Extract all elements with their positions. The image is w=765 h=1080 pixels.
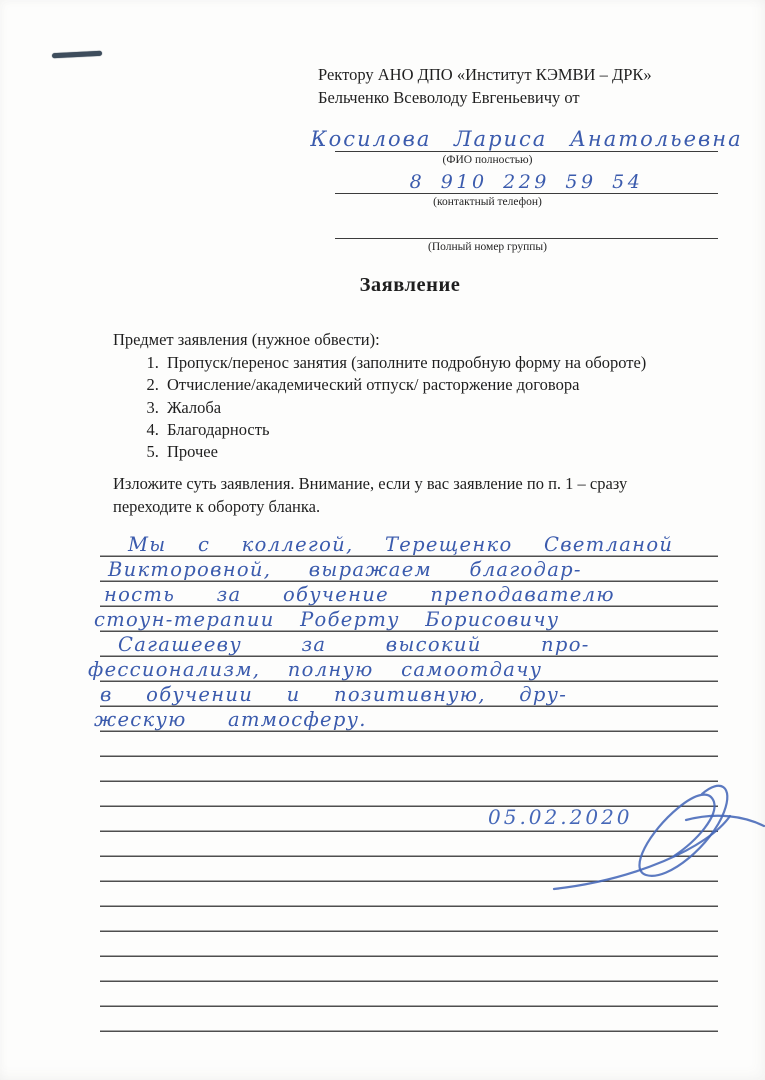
scanned-application-form: Ректору АНО ДПО «Институт КЭМВИ – ДРК» Б… (0, 0, 765, 1080)
subject-option-2: Отчисление/академический отпуск/ расторж… (163, 374, 646, 396)
document-title: Заявление (55, 274, 765, 297)
handwritten-statement-line: жескую атмосферу. (94, 707, 367, 732)
handwritten-statement-line: Мы с коллегой, Терещенко Светланой (128, 532, 673, 557)
instructions-text: Изложите суть заявления. Внимание, если … (113, 473, 681, 518)
subject-prompt: Предмет заявления (нужное обвести): (113, 329, 646, 351)
header-fields: Косилова Лариса Анатольевна (ФИО полност… (335, 120, 718, 254)
field-phone: 8 910 229 59 54 (контактный телефон) (335, 167, 718, 209)
subject-option-4: Благодарность (163, 419, 646, 441)
handwritten-statement-line: ность за обучение преподавателю (104, 582, 615, 607)
group-number-blank (335, 209, 718, 239)
subject-option-3: Жалоба (163, 397, 646, 419)
handwritten-statement-line: в обучении и позитивную, дру- (100, 682, 567, 707)
handwritten-statement-line: стоун-терапии Роберту Борисовичу (94, 607, 559, 632)
field-full-name: Косилова Лариса Анатольевна (ФИО полност… (335, 120, 718, 167)
field-label-full-name: (ФИО полностью) (335, 152, 640, 167)
signature-scribble (540, 776, 765, 896)
stray-pen-mark (52, 51, 102, 58)
field-label-group-number: (Полный номер группы) (335, 239, 640, 254)
handwritten-full-name: Косилова Лариса Анатольевна (335, 120, 718, 152)
subject-options-list: Пропуск/перенос занятия (заполните подро… (113, 352, 646, 463)
handwritten-statement-line: Викторовной, выражаем благодар- (108, 557, 582, 582)
subject-option-5: Прочее (163, 441, 646, 463)
handwritten-phone: 8 910 229 59 54 (335, 167, 718, 194)
subject-section: Предмет заявления (нужное обвести): Проп… (113, 329, 646, 463)
addressee-block: Ректору АНО ДПО «Институт КЭМВИ – ДРК» Б… (318, 63, 652, 109)
addressee-line-1: Ректору АНО ДПО «Институт КЭМВИ – ДРК» (318, 63, 652, 86)
handwritten-statement-line: фессионализм, полную самоотдачу (88, 657, 542, 682)
subject-option-1: Пропуск/перенос занятия (заполните подро… (163, 352, 646, 374)
field-label-phone: (контактный телефон) (335, 194, 640, 209)
field-group-number: (Полный номер группы) (335, 209, 718, 254)
addressee-line-2: Бельченко Всеволоду Евгеньевичу от (318, 86, 652, 109)
handwritten-statement-line: Сагашееву за высокий про- (118, 632, 590, 657)
